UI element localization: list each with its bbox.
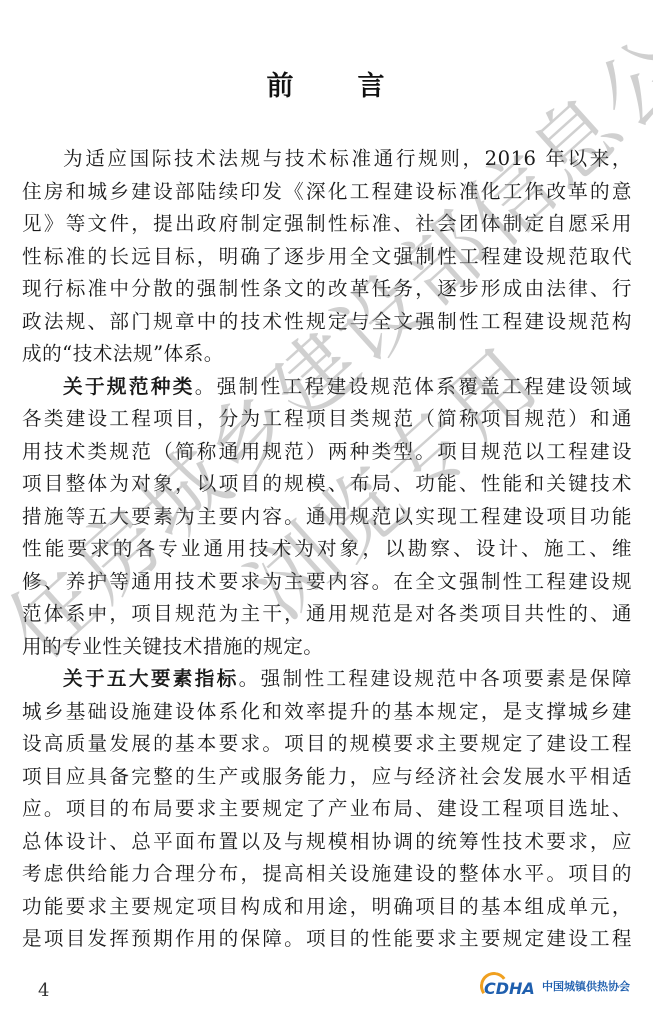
text-line: 用的专业性关键技术措施的规定。 [22,631,632,664]
text-line: 政法规、部门规章中的技术性规定与全文强制性工程建设规范构 [22,306,632,339]
text-span: 。强制性工程建设规范体系覆盖工程建设领域 [195,375,632,398]
paragraph-lead: 关于五大要素指标 [63,667,239,690]
text-line: 功能要求主要规定项目构成和用途，明确项目的基本组成单元， [22,891,632,924]
text-line: 项目整体为对象，以项目的规模、布局、功能、性能和关键技术 [22,468,632,501]
page-number: 4 [38,980,49,1001]
body-text: 为适应国际技术法规与技术标准通行规则，2016 年以来， 住房和城乡建设部陆续印… [22,143,632,956]
title-char-1: 前 [267,64,296,103]
title-char-2: 言 [358,64,387,103]
text-line: 项目应具备完整的生产或服务能力，应与经济社会发展水平相适 [22,761,632,794]
text-line: 城乡基础设施建设体系化和效率提升的基本规定，是支撑城乡建 [22,696,632,729]
text-line: 性标准的长远目标，明确了逐步用全文强制性工程建设规范取代 [22,241,632,274]
text-line: 现行标准中分散的强制性条文的改革任务，逐步形成由法律、行 [22,273,632,306]
text-line: 应。项目的布局要求主要规定了产业布局、建设工程项目选址、 [22,793,632,826]
text-line: 总体设计、总平面布置以及与规模相协调的统筹性技术要求，应 [22,826,632,859]
logo-mark-text: CDHA [484,979,535,998]
paragraph-lead: 关于规范种类 [63,375,195,398]
text-line: 关于五大要素指标。强制性工程建设规范中各项要素是保障 [22,663,632,696]
org-logo: CDHA 中国城镇供热协会 [478,974,630,998]
text-line: 性能要求的各专业通用技术为对象，以勘察、设计、施工、维 [22,533,632,566]
text-line: 成的“技术法规”体系。 [22,338,632,371]
text-span: 。强制性工程建设规范中各项要素是保障 [239,667,632,690]
text-line: 是项目发挥预期作用的保障。项目的性能要求主要规定建设工程 [22,923,632,956]
text-line: 范体系中，项目规范为主干，通用规范是对各类项目共性的、通 [22,598,632,631]
text-line: 为适应国际技术法规与技术标准通行规则，2016 年以来， [22,143,632,176]
text-line: 见》等文件，提出政府制定强制性标准、社会团体制定自愿采用 [22,208,632,241]
text-line: 用技术类规范（简称通用规范）两种类型。项目规范以工程建设 [22,436,632,469]
text-line: 关于规范种类。强制性工程建设规范体系覆盖工程建设领域 [22,371,632,404]
text-line: 各类建设工程项目，分为工程项目类规范（简称项目规范）和通 [22,403,632,436]
text-line: 设高质量发展的基本要求。项目的规模要求主要规定了建设工程 [22,728,632,761]
logo-org-name: 中国城镇供热协会 [542,978,630,994]
logo-mark-icon: CDHA [478,974,538,998]
text-line: 住房和城乡建设部陆续印发《深化工程建设标准化工作改革的意 [22,176,632,209]
document-page: 前言 为适应国际技术法规与技术标准通行规则，2016 年以来， 住房和城乡建设部… [0,0,653,1010]
text-line: 修、养护等通用技术要求为主要内容。在全文强制性工程建设规 [22,566,632,599]
text-line: 考虑供给能力合理分布，提高相关设施建设的整体水平。项目的 [22,858,632,891]
text-line: 措施等五大要素为主要内容。通用规范以实现工程建设项目功能 [22,501,632,534]
page-title: 前言 [0,64,653,103]
